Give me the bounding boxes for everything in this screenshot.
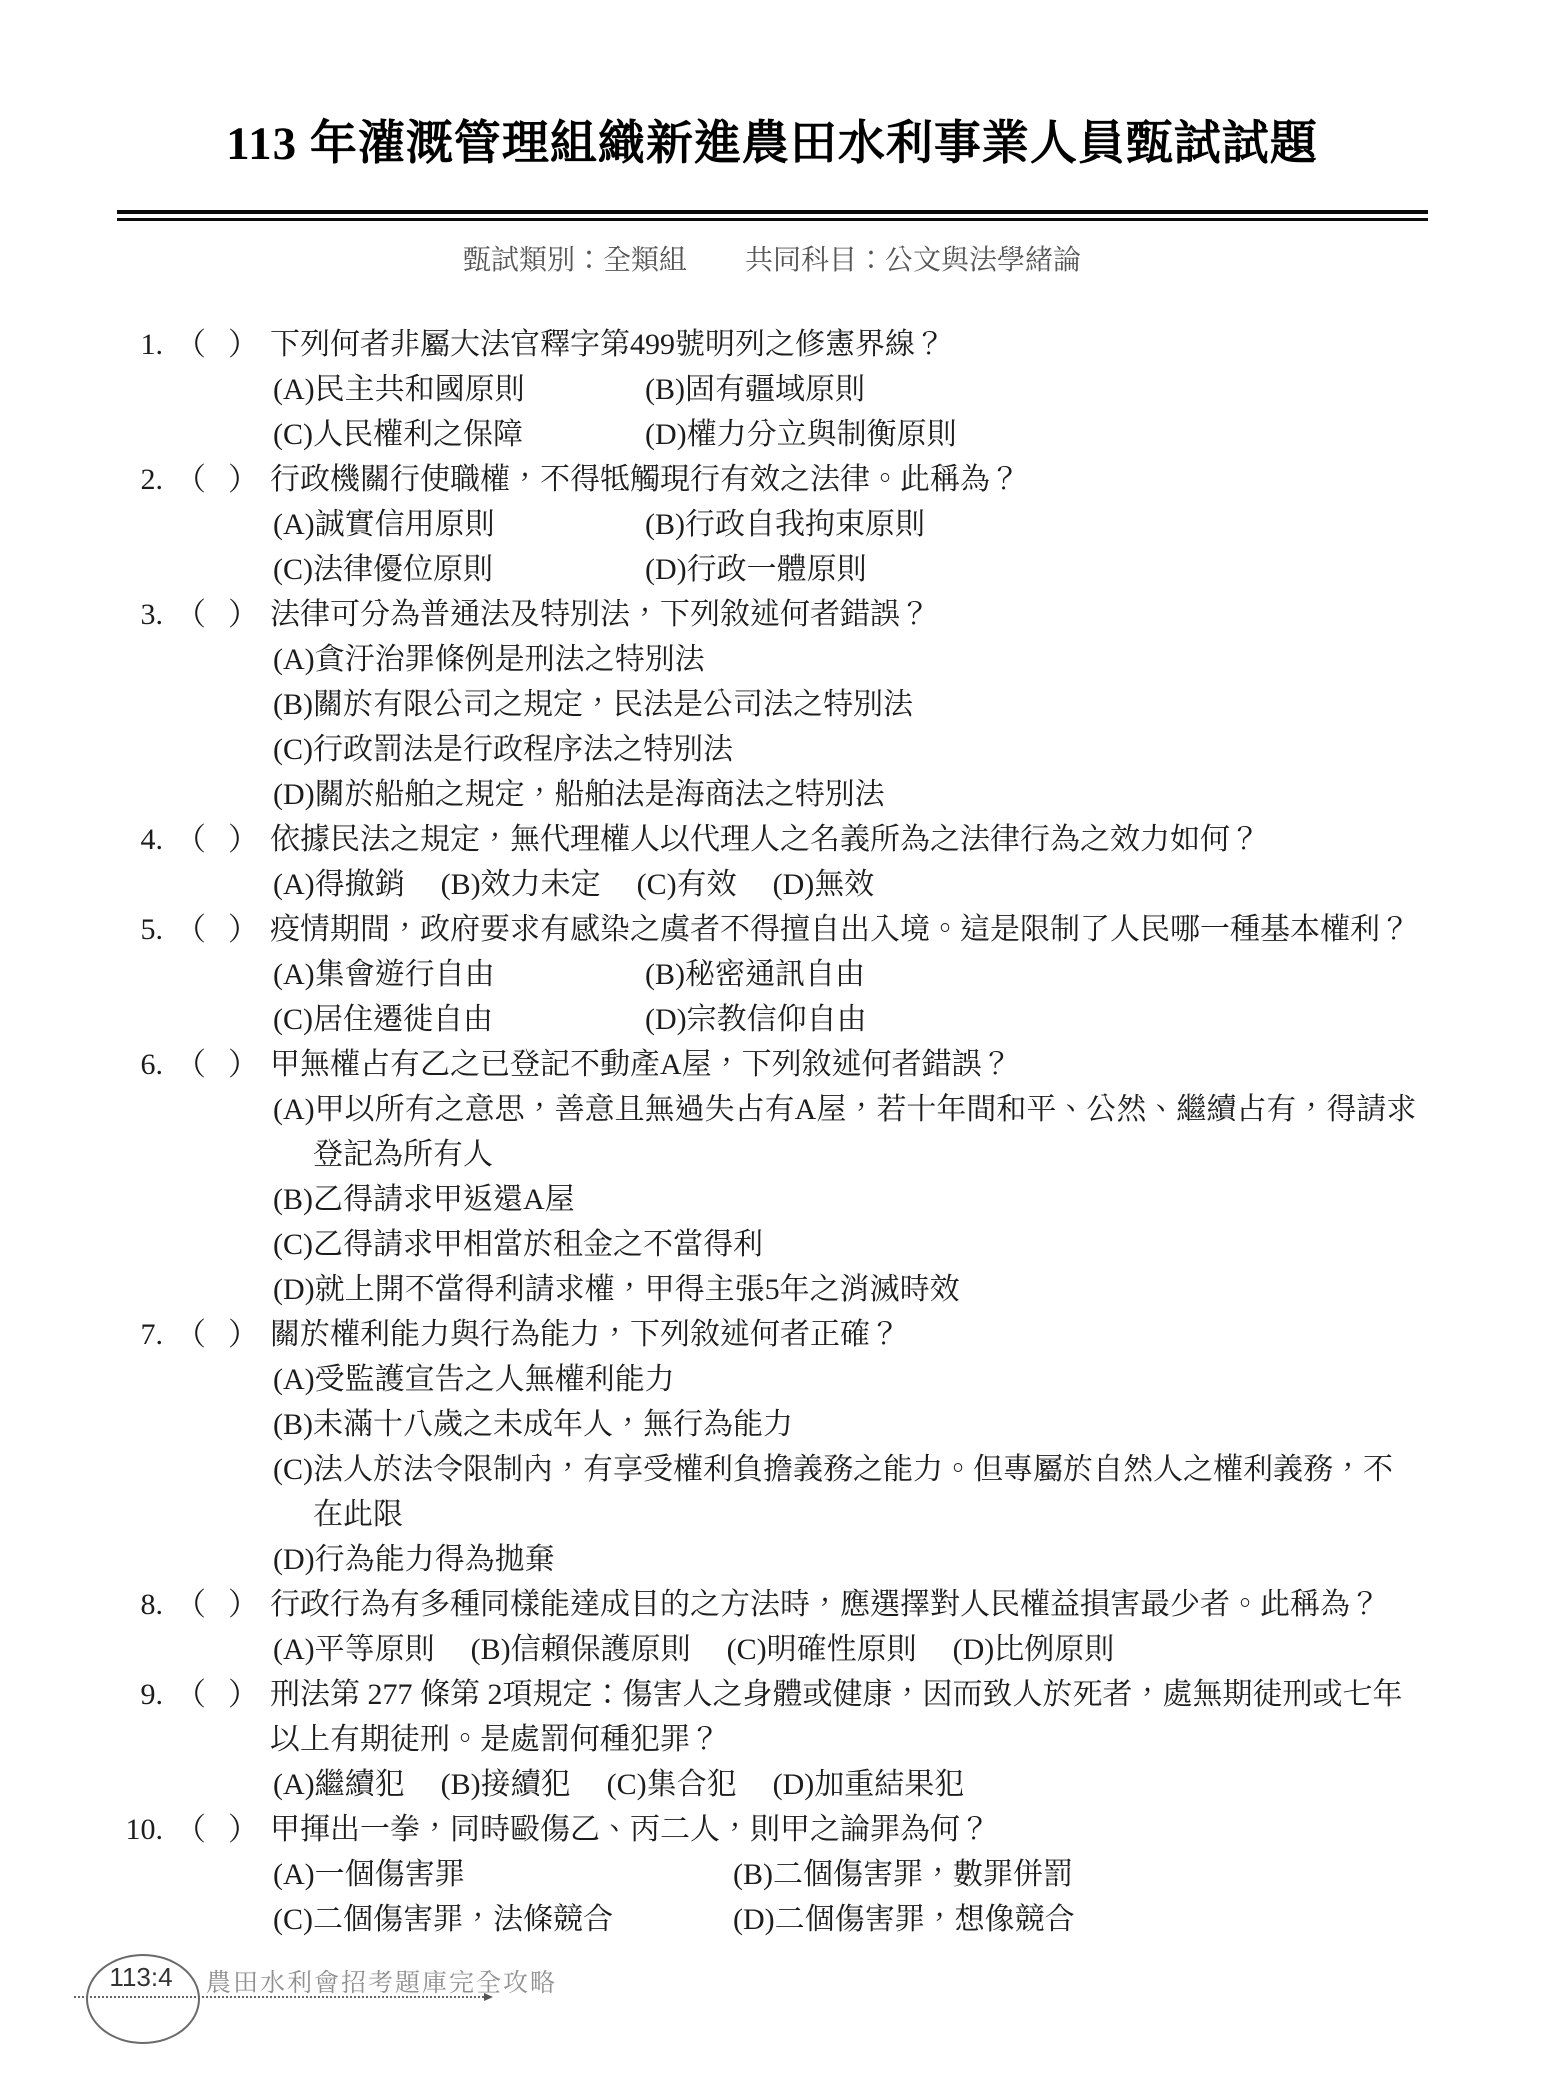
option-text: 明確性原則 [767, 1627, 917, 1672]
option-text: 二個傷害罪，數罪併罰 [773, 1852, 1073, 1897]
answer-paren-open: （ [175, 1582, 206, 1627]
option-text: 關於船舶之規定，船舶法是海商法之特別法 [315, 772, 885, 817]
option-label: (B) [441, 862, 481, 907]
option-D: (D)宗教信仰自由 [645, 997, 867, 1042]
questions: 1.（）下列何者非屬大法官釋字第499號明列之修憲界線？(A)民主共和國原則(B… [0, 322, 1544, 1942]
option-text: 就上開不當得利請求權，甲得主張5年之消滅時效 [315, 1267, 960, 1312]
option-text: 居住遷徙自由 [313, 997, 493, 1042]
option-text: 加重結果犯 [814, 1762, 964, 1807]
option-text: 一個傷害罪 [315, 1852, 465, 1897]
option-text: 得撤銷 [315, 862, 405, 907]
option-row: (B)關於有限公司之規定，民法是公司法之特別法 [0, 682, 1544, 727]
title-rule-top-line [117, 210, 1428, 214]
option-A: (A)繼續犯 [273, 1762, 405, 1807]
option-B: (B)乙得請求甲返還A屋 [273, 1177, 575, 1222]
option-C: (C)行政罰法是行政程序法之特別法 [273, 727, 733, 772]
question-stem-continuation: 以上有期徒刑。是處罰何種犯罪？ [0, 1717, 1544, 1762]
question-head: 4.（）依據民法之規定，無代理權人以代理人之名義所為之法律行為之效力如何？ [0, 817, 1544, 862]
question-stem: 甲無權占有乙之已登記不動產A屋，下列敘述何者錯誤？ [270, 1042, 1544, 1087]
option-text: 法人於法令限制內，有享受權利負擔義務之能力。但專屬於自然人之權利義務，不 [313, 1447, 1393, 1492]
option-text: 二個傷害罪，法條競合 [313, 1897, 613, 1942]
option-text: 權力分立與制衡原則 [687, 412, 957, 457]
question-6: 6.（）甲無權占有乙之已登記不動產A屋，下列敘述何者錯誤？(A)甲以所有之意思，… [0, 1042, 1544, 1312]
footer-page-number: 113:4 [86, 1962, 196, 1993]
option-text: 行政罰法是行政程序法之特別法 [313, 727, 733, 772]
answer-paren-open: （ [175, 1672, 206, 1717]
answer-paren-open: （ [175, 592, 206, 637]
title-rule-bottom-line [117, 218, 1428, 221]
option-label: (C) [273, 412, 313, 457]
question-head: 7.（）關於權利能力與行為能力，下列敘述何者正確？ [0, 1312, 1544, 1357]
option-label: (A) [273, 502, 315, 547]
option-B: (B)信賴保護原則 [471, 1627, 691, 1672]
option-A: (A)集會遊行自由 [273, 952, 645, 997]
option-label: (C) [273, 1222, 313, 1267]
option-B: (B)秘密通訊自由 [645, 952, 865, 997]
question-number: 5. [0, 907, 163, 952]
option-label: (C) [637, 862, 677, 907]
option-A: (A)受監護宣告之人無權利能力 [273, 1357, 675, 1402]
option-label: (D) [645, 412, 687, 457]
question-number: 8. [0, 1582, 163, 1627]
question-number: 4. [0, 817, 163, 862]
option-label: (A) [273, 952, 315, 997]
option-C: (C)二個傷害罪，法條競合 [273, 1897, 733, 1942]
question-head: 1.（）下列何者非屬大法官釋字第499號明列之修憲界線？ [0, 322, 1544, 367]
exam-page: 113 年灌溉管理組織新進農田水利事業人員甄試試題 甄試類別：全類組 共同科目：… [0, 0, 1544, 2095]
page-title: 113 年灌溉管理組織新進農田水利事業人員甄試試題 [0, 106, 1544, 173]
answer-blank: （） [163, 1672, 270, 1717]
question-number: 2. [0, 457, 163, 502]
option-row: (A)平等原則(B)信賴保護原則(C)明確性原則(D)比例原則 [0, 1627, 1544, 1672]
option-label: (D) [273, 1537, 315, 1582]
option-label: (D) [645, 997, 687, 1042]
option-row: (C)居住遷徙自由(D)宗教信仰自由 [0, 997, 1544, 1042]
question-number: 7. [0, 1312, 163, 1357]
answer-blank: （） [163, 1582, 270, 1627]
option-row: (C)法人於法令限制內，有享受權利負擔義務之能力。但專屬於自然人之權利義務，不 [0, 1447, 1544, 1492]
option-A: (A)一個傷害罪 [273, 1852, 733, 1897]
option-text: 有效 [677, 862, 737, 907]
option-label: (D) [273, 772, 315, 817]
question-head: 5.（）疫情期間，政府要求有感染之虞者不得擅自出入境。這是限制了人民哪一種基本權… [0, 907, 1544, 952]
option-row: (D)關於船舶之規定，船舶法是海商法之特別法 [0, 772, 1544, 817]
question-head: 2.（）行政機關行使職權，不得牴觸現行有效之法律。此稱為？ [0, 457, 1544, 502]
option-label: (A) [273, 367, 315, 412]
option-label: (C) [273, 547, 313, 592]
answer-paren-close: ） [228, 1807, 259, 1852]
option-label: (C) [273, 997, 313, 1042]
exam-category: 甄試類別：全類組 [463, 238, 687, 278]
answer-blank: （） [163, 457, 270, 502]
option-A: (A)誠實信用原則 [273, 502, 645, 547]
option-label: (D) [645, 547, 687, 592]
question-stem: 關於權利能力與行為能力，下列敘述何者正確？ [270, 1312, 1544, 1357]
question-stem: 法律可分為普通法及特別法，下列敘述何者錯誤？ [270, 592, 1544, 637]
answer-paren-open: （ [175, 1042, 206, 1087]
option-row: (A)誠實信用原則(B)行政自我拘束原則 [0, 502, 1544, 547]
answer-blank: （） [163, 1042, 270, 1087]
answer-paren-close: ） [228, 1312, 259, 1357]
option-text: 接續犯 [481, 1762, 571, 1807]
option-label: (B) [273, 1177, 313, 1222]
option-text: 貪汙治罪條例是刑法之特別法 [315, 637, 705, 682]
question-4: 4.（）依據民法之規定，無代理權人以代理人之名義所為之法律行為之效力如何？(A)… [0, 817, 1544, 907]
question-head: 3.（）法律可分為普通法及特別法，下列敘述何者錯誤？ [0, 592, 1544, 637]
question-stem: 行政行為有多種同樣能達成目的之方法時，應選擇對人民權益損害最少者。此稱為？ [270, 1582, 1544, 1627]
option-row: (D)就上開不當得利請求權，甲得主張5年之消滅時效 [0, 1267, 1544, 1312]
option-D: (D)二個傷害罪，想像競合 [733, 1897, 1075, 1942]
option-row: (A)集會遊行自由(B)秘密通訊自由 [0, 952, 1544, 997]
question-5: 5.（）疫情期間，政府要求有感染之虞者不得擅自出入境。這是限制了人民哪一種基本權… [0, 907, 1544, 1042]
question-9: 9.（）刑法第 277 條第 2項規定：傷害人之身體或健康，因而致人於死者，處無… [0, 1672, 1544, 1807]
title-rule [117, 210, 1428, 221]
option-text: 乙得請求甲返還A屋 [313, 1177, 575, 1222]
option-continuation: 登記為所有人 [0, 1132, 1544, 1177]
option-row: (B)未滿十八歲之未成年人，無行為能力 [0, 1402, 1544, 1447]
footer-book-title: 農田水利會招考題庫完全攻略 [206, 1963, 557, 1999]
question-stem: 甲揮出一拳，同時毆傷乙、丙二人，則甲之論罪為何？ [270, 1807, 1544, 1852]
option-label: (B) [645, 502, 685, 547]
answer-paren-open: （ [175, 322, 206, 367]
option-label: (B) [645, 367, 685, 412]
option-D: (D)無效 [773, 862, 875, 907]
option-label: (B) [645, 952, 685, 997]
option-text: 民主共和國原則 [315, 367, 525, 412]
option-D: (D)就上開不當得利請求權，甲得主張5年之消滅時效 [273, 1267, 960, 1312]
option-text: 宗教信仰自由 [687, 997, 867, 1042]
option-row: (C)二個傷害罪，法條競合(D)二個傷害罪，想像競合 [0, 1897, 1544, 1942]
option-text: 信賴保護原則 [511, 1627, 691, 1672]
option-D: (D)關於船舶之規定，船舶法是海商法之特別法 [273, 772, 885, 817]
option-C: (C)法律優位原則 [273, 547, 645, 592]
option-row: (A)一個傷害罪(B)二個傷害罪，數罪併罰 [0, 1852, 1544, 1897]
option-label: (B) [273, 1402, 313, 1447]
question-head: 9.（）刑法第 277 條第 2項規定：傷害人之身體或健康，因而致人於死者，處無… [0, 1672, 1544, 1717]
option-label: (C) [273, 1897, 313, 1942]
option-label: (B) [733, 1852, 773, 1897]
option-C: (C)人民權利之保障 [273, 412, 645, 457]
answer-blank: （） [163, 592, 270, 637]
answer-paren-open: （ [175, 907, 206, 952]
option-label: (D) [953, 1627, 995, 1672]
question-number: 10. [0, 1807, 163, 1852]
option-D: (D)權力分立與制衡原則 [645, 412, 957, 457]
option-row: (B)乙得請求甲返還A屋 [0, 1177, 1544, 1222]
option-text: 比例原則 [994, 1627, 1114, 1672]
answer-blank: （） [163, 907, 270, 952]
option-row: (A)受監護宣告之人無權利能力 [0, 1357, 1544, 1402]
question-8: 8.（）行政行為有多種同樣能達成目的之方法時，應選擇對人民權益損害最少者。此稱為… [0, 1582, 1544, 1672]
option-row: (C)行政罰法是行政程序法之特別法 [0, 727, 1544, 772]
option-text: 甲以所有之意思，善意且無過失占有A屋，若十年間和平、公然、繼續占有，得請求 [315, 1087, 1417, 1132]
exam-subtitle: 甄試類別：全類組 共同科目：公文與法學緒論 [0, 238, 1544, 278]
answer-blank: （） [163, 817, 270, 862]
option-B: (B)二個傷害罪，數罪併罰 [733, 1852, 1073, 1897]
answer-paren-close: ） [228, 1582, 259, 1627]
option-B: (B)固有疆域原則 [645, 367, 865, 412]
option-text: 無效 [814, 862, 874, 907]
option-C: (C)有效 [637, 862, 737, 907]
answer-paren-open: （ [175, 1807, 206, 1852]
option-B: (B)關於有限公司之規定，民法是公司法之特別法 [273, 682, 913, 727]
option-row: (C)法律優位原則(D)行政一體原則 [0, 547, 1544, 592]
option-B: (B)效力未定 [441, 862, 601, 907]
option-label: (A) [273, 1852, 315, 1897]
question-2: 2.（）行政機關行使職權，不得牴觸現行有效之法律。此稱為？(A)誠實信用原則(B… [0, 457, 1544, 592]
option-A: (A)民主共和國原則 [273, 367, 645, 412]
option-C: (C)明確性原則 [727, 1627, 917, 1672]
option-A: (A)平等原則 [273, 1627, 435, 1672]
question-number: 3. [0, 592, 163, 637]
option-C: (C)集合犯 [607, 1762, 737, 1807]
question-number: 6. [0, 1042, 163, 1087]
option-D: (D)加重結果犯 [773, 1762, 965, 1807]
option-continuation: 在此限 [0, 1492, 1544, 1537]
option-text: 繼續犯 [315, 1762, 405, 1807]
option-D: (D)比例原則 [953, 1627, 1115, 1672]
answer-paren-close: ） [228, 322, 259, 367]
option-row: (D)行為能力得為拋棄 [0, 1537, 1544, 1582]
option-row: (A)貪汙治罪條例是刑法之特別法 [0, 637, 1544, 682]
option-label: (A) [273, 862, 315, 907]
option-text: 行為能力得為拋棄 [315, 1537, 555, 1582]
answer-paren-open: （ [175, 457, 206, 502]
option-row: (A)甲以所有之意思，善意且無過失占有A屋，若十年間和平、公然、繼續占有，得請求 [0, 1087, 1544, 1132]
option-row: (C)乙得請求甲相當於租金之不當得利 [0, 1222, 1544, 1267]
answer-paren-close: ） [228, 817, 259, 862]
option-text: 效力未定 [481, 862, 601, 907]
answer-paren-open: （ [175, 1312, 206, 1357]
option-text: 乙得請求甲相當於租金之不當得利 [313, 1222, 763, 1267]
question-stem: 依據民法之規定，無代理權人以代理人之名義所為之法律行為之效力如何？ [270, 817, 1544, 862]
question-1: 1.（）下列何者非屬大法官釋字第499號明列之修憲界線？(A)民主共和國原則(B… [0, 322, 1544, 457]
question-7: 7.（）關於權利能力與行為能力，下列敘述何者正確？(A)受監護宣告之人無權利能力… [0, 1312, 1544, 1582]
question-3: 3.（）法律可分為普通法及特別法，下列敘述何者錯誤？(A)貪汙治罪條例是刑法之特… [0, 592, 1544, 817]
option-label: (A) [273, 1087, 315, 1132]
option-D: (D)行政一體原則 [645, 547, 867, 592]
option-label: (A) [273, 1357, 315, 1402]
option-text: 未滿十八歲之未成年人，無行為能力 [313, 1402, 793, 1447]
question-10: 10.（）甲揮出一拳，同時毆傷乙、丙二人，則甲之論罪為何？(A)一個傷害罪(B)… [0, 1807, 1544, 1942]
option-row: (A)繼續犯(B)接續犯(C)集合犯(D)加重結果犯 [0, 1762, 1544, 1807]
question-stem: 刑法第 277 條第 2項規定：傷害人之身體或健康，因而致人於死者，處無期徒刑或… [270, 1672, 1544, 1717]
question-number: 1. [0, 322, 163, 367]
option-label: (C) [273, 1447, 313, 1492]
answer-paren-close: ） [228, 457, 259, 502]
option-label: (C) [273, 727, 313, 772]
option-B: (B)未滿十八歲之未成年人，無行為能力 [273, 1402, 793, 1447]
option-B: (B)接續犯 [441, 1762, 571, 1807]
option-label: (C) [607, 1762, 647, 1807]
question-number: 9. [0, 1672, 163, 1717]
question-stem: 下列何者非屬大法官釋字第499號明列之修憲界線？ [270, 322, 1544, 367]
answer-paren-close: ） [228, 1672, 259, 1717]
answer-blank: （） [163, 322, 270, 367]
option-label: (D) [733, 1897, 775, 1942]
option-B: (B)行政自我拘束原則 [645, 502, 925, 547]
question-stem: 疫情期間，政府要求有感染之虞者不得擅自出入境。這是限制了人民哪一種基本權利？ [270, 907, 1544, 952]
option-label: (D) [773, 1762, 815, 1807]
option-text: 二個傷害罪，想像競合 [775, 1897, 1075, 1942]
option-C: (C)法人於法令限制內，有享受權利負擔義務之能力。但專屬於自然人之權利義務，不 [273, 1447, 1393, 1492]
option-A: (A)貪汙治罪條例是刑法之特別法 [273, 637, 705, 682]
option-text: 行政自我拘束原則 [685, 502, 925, 547]
question-head: 6.（）甲無權占有乙之已登記不動產A屋，下列敘述何者錯誤？ [0, 1042, 1544, 1087]
exam-subject: 共同科目：公文與法學緒論 [745, 238, 1081, 278]
question-head: 8.（）行政行為有多種同樣能達成目的之方法時，應選擇對人民權益損害最少者。此稱為… [0, 1582, 1544, 1627]
option-text: 集會遊行自由 [315, 952, 495, 997]
option-row: (C)人民權利之保障(D)權力分立與制衡原則 [0, 412, 1544, 457]
answer-paren-close: ） [228, 907, 259, 952]
question-stem: 行政機關行使職權，不得牴觸現行有效之法律。此稱為？ [270, 457, 1544, 502]
option-label: (B) [441, 1762, 481, 1807]
option-text: 關於有限公司之規定，民法是公司法之特別法 [313, 682, 913, 727]
option-C: (C)居住遷徙自由 [273, 997, 645, 1042]
answer-paren-open: （ [175, 817, 206, 862]
option-label: (B) [273, 682, 313, 727]
option-C: (C)乙得請求甲相當於租金之不當得利 [273, 1222, 763, 1267]
option-text: 誠實信用原則 [315, 502, 495, 547]
option-text: 人民權利之保障 [313, 412, 523, 457]
option-text: 行政一體原則 [687, 547, 867, 592]
option-label: (C) [727, 1627, 767, 1672]
answer-paren-close: ） [228, 592, 259, 637]
option-text: 平等原則 [315, 1627, 435, 1672]
option-row: (A)得撤銷(B)效力未定(C)有效(D)無效 [0, 862, 1544, 907]
option-text: 秘密通訊自由 [685, 952, 865, 997]
option-text: 受監護宣告之人無權利能力 [315, 1357, 675, 1402]
option-text: 法律優位原則 [313, 547, 493, 592]
option-label: (A) [273, 1627, 315, 1672]
option-A: (A)得撤銷 [273, 862, 405, 907]
option-label: (D) [273, 1267, 315, 1312]
option-label: (A) [273, 637, 315, 682]
option-D: (D)行為能力得為拋棄 [273, 1537, 555, 1582]
option-row: (A)民主共和國原則(B)固有疆域原則 [0, 367, 1544, 412]
option-label: (D) [773, 862, 815, 907]
question-head: 10.（）甲揮出一拳，同時毆傷乙、丙二人，則甲之論罪為何？ [0, 1807, 1544, 1852]
option-text: 固有疆域原則 [685, 367, 865, 412]
answer-paren-close: ） [228, 1042, 259, 1087]
answer-blank: （） [163, 1312, 270, 1357]
option-A: (A)甲以所有之意思，善意且無過失占有A屋，若十年間和平、公然、繼續占有，得請求 [273, 1087, 1416, 1132]
answer-blank: （） [163, 1807, 270, 1852]
option-label: (A) [273, 1762, 315, 1807]
option-label: (B) [471, 1627, 511, 1672]
option-text: 集合犯 [647, 1762, 737, 1807]
